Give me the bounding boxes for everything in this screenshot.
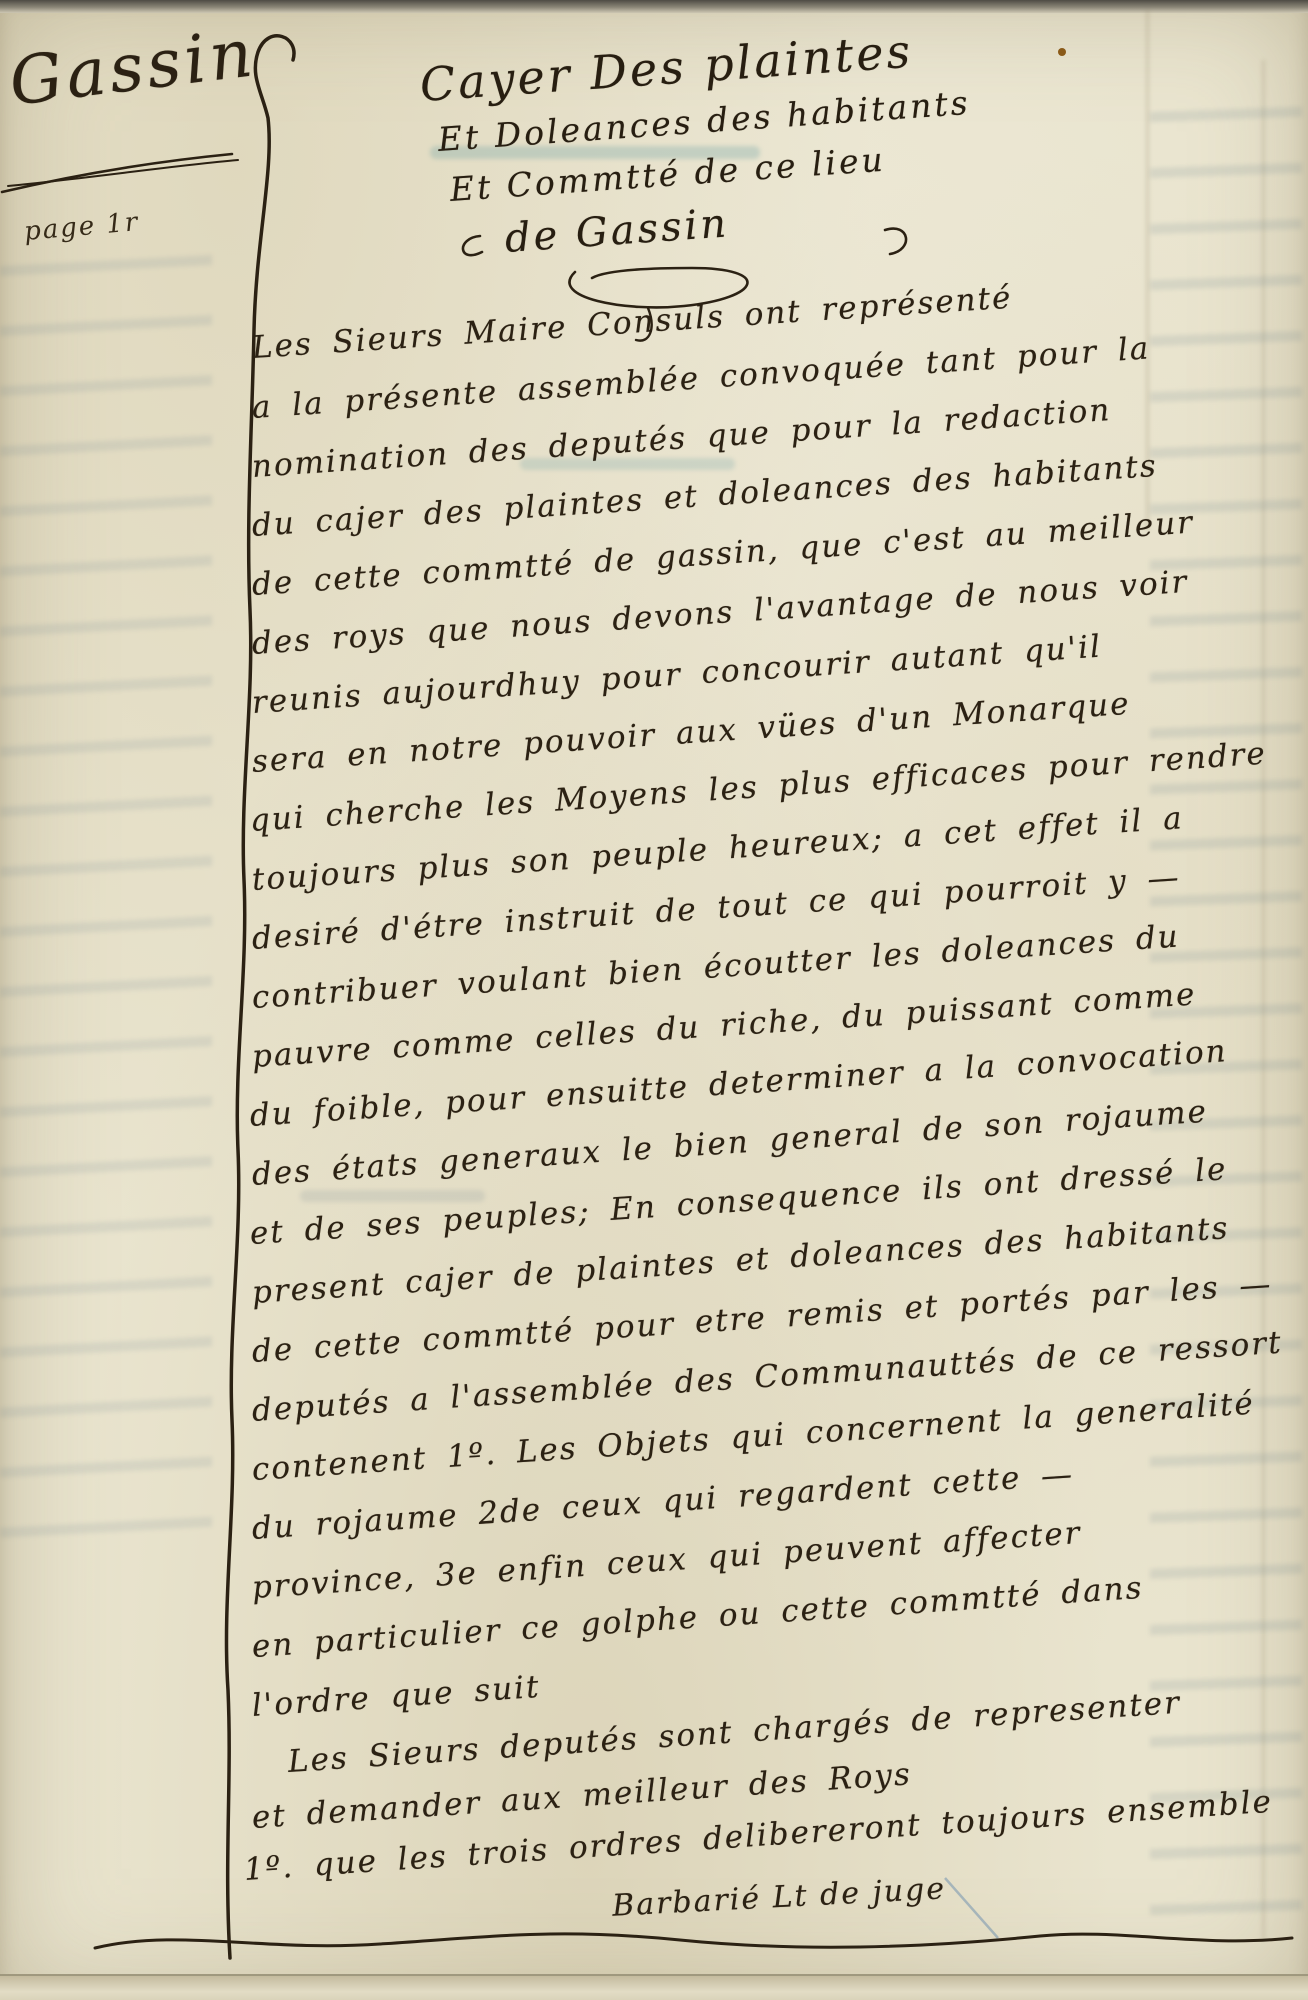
- title-flourish: [463, 236, 482, 255]
- paper-bottom-edge: [0, 1974, 1308, 2000]
- signature: Barbarié Lt de juge: [611, 1871, 947, 1923]
- title-flourish: [885, 229, 906, 254]
- closing-rule: [95, 1934, 1292, 1948]
- paper-crease: [1262, 60, 1265, 1940]
- underline-flourish: [8, 160, 238, 186]
- ink-bleed-through: [0, 230, 212, 1570]
- manuscript-line: l'ordre que suit: [251, 1669, 542, 1724]
- blue-pencil-mark: [945, 1878, 998, 1938]
- margin-page-label: page 1r: [23, 207, 141, 247]
- manuscript-page: Gassin page 1r Cayer Des plaintes Et Dol…: [0, 0, 1308, 2000]
- margin-place-label: Gassin: [5, 14, 260, 121]
- ink-bleed-through: [300, 1190, 485, 1202]
- paper-speck: [1058, 48, 1066, 56]
- title-line: de Gassin: [503, 200, 730, 262]
- paper-top-edge: [0, 0, 1308, 13]
- underline-flourish: [2, 154, 232, 192]
